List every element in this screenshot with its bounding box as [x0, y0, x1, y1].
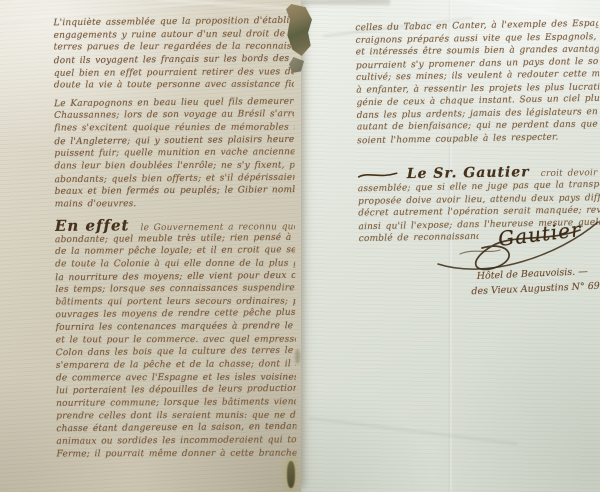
handwritten-line: abondants; quels bien offerts; et s'il d…: [55, 171, 295, 186]
handwritten-text: croit devoir faire observer à l'auguste: [541, 166, 600, 179]
handwritten-line: Le Karapognons en beau lieu quel fils de…: [54, 96, 294, 111]
paragraph-opening-words: En effet: [55, 216, 130, 234]
crease-line: [309, 417, 518, 445]
crease-line: [295, 0, 390, 7]
ink-stain: [295, 349, 300, 364]
ink-stain: [287, 461, 295, 488]
paragraph: En effet le Gouvernement a reconnu que l…: [55, 215, 297, 461]
paragraph-body: abondante; quel meuble très utile; rien …: [55, 232, 297, 461]
handwritten-line: animaux ou sordides les incommoderaient …: [56, 434, 296, 448]
paragraph: Le Karapognons en beau lieu quel fils de…: [54, 96, 295, 211]
manuscript-photo: L'inquiète assemblée que la proposition …: [0, 0, 600, 492]
handwritten-line: de la nommer pêche loyale; et il en croi…: [55, 244, 295, 258]
address-block: Hôtel de Beauvoisis. — des Vieux Augusti…: [476, 263, 600, 299]
handwritten-line: Ferme; il pourrait même donner à cette b…: [56, 447, 296, 460]
handwritten-line: la nourriture des moyens; elle vient pou…: [55, 269, 295, 284]
handwritten-line: s'emparera de la pêche et de la chasse; …: [56, 358, 296, 372]
handwritten-line: dans leur bien doublées l'enrôle; ne s'y…: [54, 160, 294, 173]
pen-flourish-dash: [358, 164, 398, 183]
handwritten-line: dont ils voyagent les français sur les b…: [54, 53, 294, 68]
left-page-text: L'inquiète assemblée que la proposition …: [53, 15, 296, 466]
crease-line: [120, 0, 300, 10]
handwritten-line: En effet le Gouvernement a reconnu que l…: [55, 215, 295, 234]
handwritten-line: nourriture commune; lorsque les bâtiment…: [56, 396, 296, 410]
handwritten-line: de toute la Colonie à qui elle donne de …: [55, 257, 295, 270]
handwritten-line: abondante; quel meuble très utile; rien …: [55, 231, 295, 246]
handwritten-line: de l'Angleterre; qui y soutient ses plai…: [54, 134, 294, 149]
handwritten-line: L'inquiète assemblée que la proposition …: [53, 15, 293, 30]
handwritten-line: doute la vie à toute personne avec assis…: [54, 79, 294, 92]
paragraph: celles du Tabac en Canter, à l'exemple d…: [355, 18, 600, 147]
handwritten-line: fournira les contenances marquées à pren…: [56, 320, 296, 334]
handwritten-line: mains d'oeuvres.: [55, 198, 295, 211]
handwritten-line: beaux et bien fermés ou peuplés; le Gibi…: [55, 184, 295, 198]
paragraph: L'inquiète assemblée que la proposition …: [53, 15, 294, 93]
